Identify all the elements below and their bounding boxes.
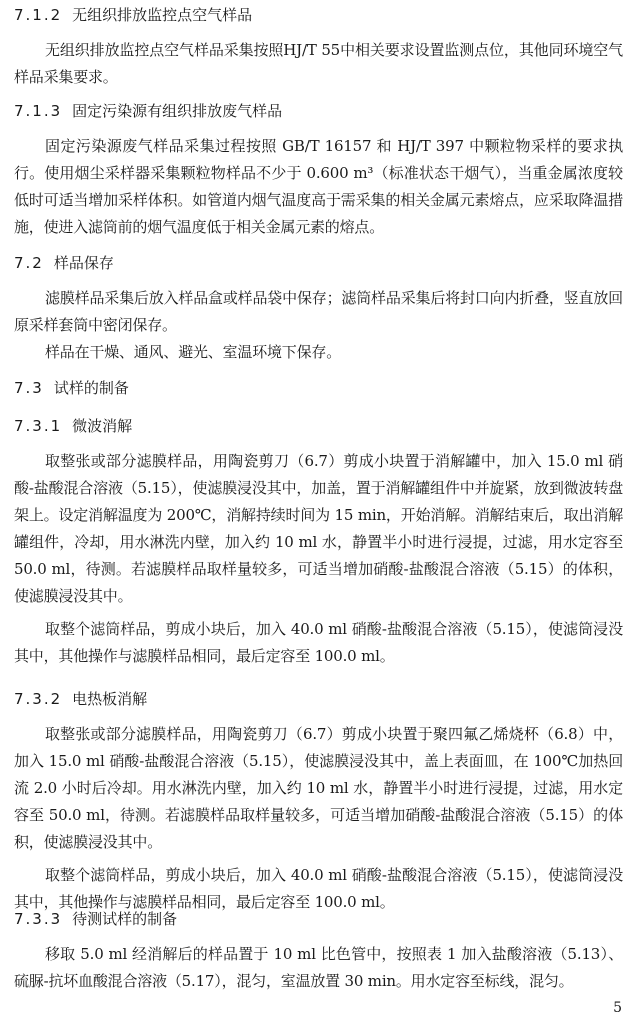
section-title: 样品保存: [54, 254, 114, 272]
section-title: 微波消解: [72, 417, 132, 435]
paragraph: 取整个滤筒样品，剪成小块后，加入 40.0 ml 硝酸-盐酸混合溶液（5.15）…: [14, 616, 623, 670]
section-7-3-3: 7.3.3待测试样的制备 移取 5.0 ml 经消解后的样品置于 10 ml 比…: [14, 907, 623, 995]
section-number: 7.2: [14, 251, 44, 275]
section-7-1-3: 7.1.3固定污染源有组织排放废气样品 固定污染源废气样品采集过程按照 GB/T…: [14, 99, 623, 241]
section-number: 7.3.3: [14, 907, 62, 931]
section-heading: 7.2样品保存: [14, 251, 623, 275]
page-number: 5: [613, 1000, 622, 1016]
section-number: 7.1.2: [14, 3, 62, 27]
section-number: 7.3: [14, 376, 44, 400]
paragraph: 无组织排放监控点空气样品采集按照HJ/T 55中相关要求设置监测点位，其他同环境…: [14, 37, 623, 91]
section-heading: 7.3试样的制备: [14, 376, 623, 400]
section-heading: 7.1.2无组织排放监控点空气样品: [14, 3, 623, 27]
section-heading: 7.3.2电热板消解: [14, 687, 623, 711]
section-title: 电热板消解: [72, 690, 147, 708]
section-number: 7.3.1: [14, 414, 62, 438]
section-7-3-2: 7.3.2电热板消解 取整张或部分滤膜样品，用陶瓷剪刀（6.7）剪成小块置于聚四…: [14, 687, 623, 916]
paragraph: 取整张或部分滤膜样品，用陶瓷剪刀（6.7）剪成小块置于消解罐中，加入 15.0 …: [14, 448, 623, 610]
section-heading: 7.3.1微波消解: [14, 414, 623, 438]
section-number: 7.3.2: [14, 687, 62, 711]
section-title: 无组织排放监控点空气样品: [72, 6, 252, 24]
paragraph: 样品在干燥、通风、避光、室温环境下保存。: [14, 339, 623, 366]
section-title: 固定污染源有组织排放废气样品: [72, 102, 282, 120]
section-7-3: 7.3试样的制备: [14, 376, 623, 400]
section-7-1-2: 7.1.2无组织排放监控点空气样品 无组织排放监控点空气样品采集按照HJ/T 5…: [14, 3, 623, 91]
paragraph: 固定污染源废气样品采集过程按照 GB/T 16157 和 HJ/T 397 中颗…: [14, 133, 623, 241]
section-title: 待测试样的制备: [72, 910, 177, 928]
section-title: 试样的制备: [54, 379, 129, 397]
section-heading: 7.1.3固定污染源有组织排放废气样品: [14, 99, 623, 123]
paragraph: 移取 5.0 ml 经消解后的样品置于 10 ml 比色管中，按照表 1 加入盐…: [14, 941, 623, 995]
paragraph: 滤膜样品采集后放入样品盒或样品袋中保存；滤筒样品采集后将封口向内折叠，竖直放回原…: [14, 285, 623, 339]
paragraph: 取整张或部分滤膜样品，用陶瓷剪刀（6.7）剪成小块置于聚四氟乙烯烧杯（6.8）中…: [14, 721, 623, 856]
section-7-3-1: 7.3.1微波消解 取整张或部分滤膜样品，用陶瓷剪刀（6.7）剪成小块置于消解罐…: [14, 414, 623, 670]
section-number: 7.1.3: [14, 99, 62, 123]
section-7-2: 7.2样品保存 滤膜样品采集后放入样品盒或样品袋中保存；滤筒样品采集后将封口向内…: [14, 251, 623, 366]
section-heading: 7.3.3待测试样的制备: [14, 907, 623, 931]
